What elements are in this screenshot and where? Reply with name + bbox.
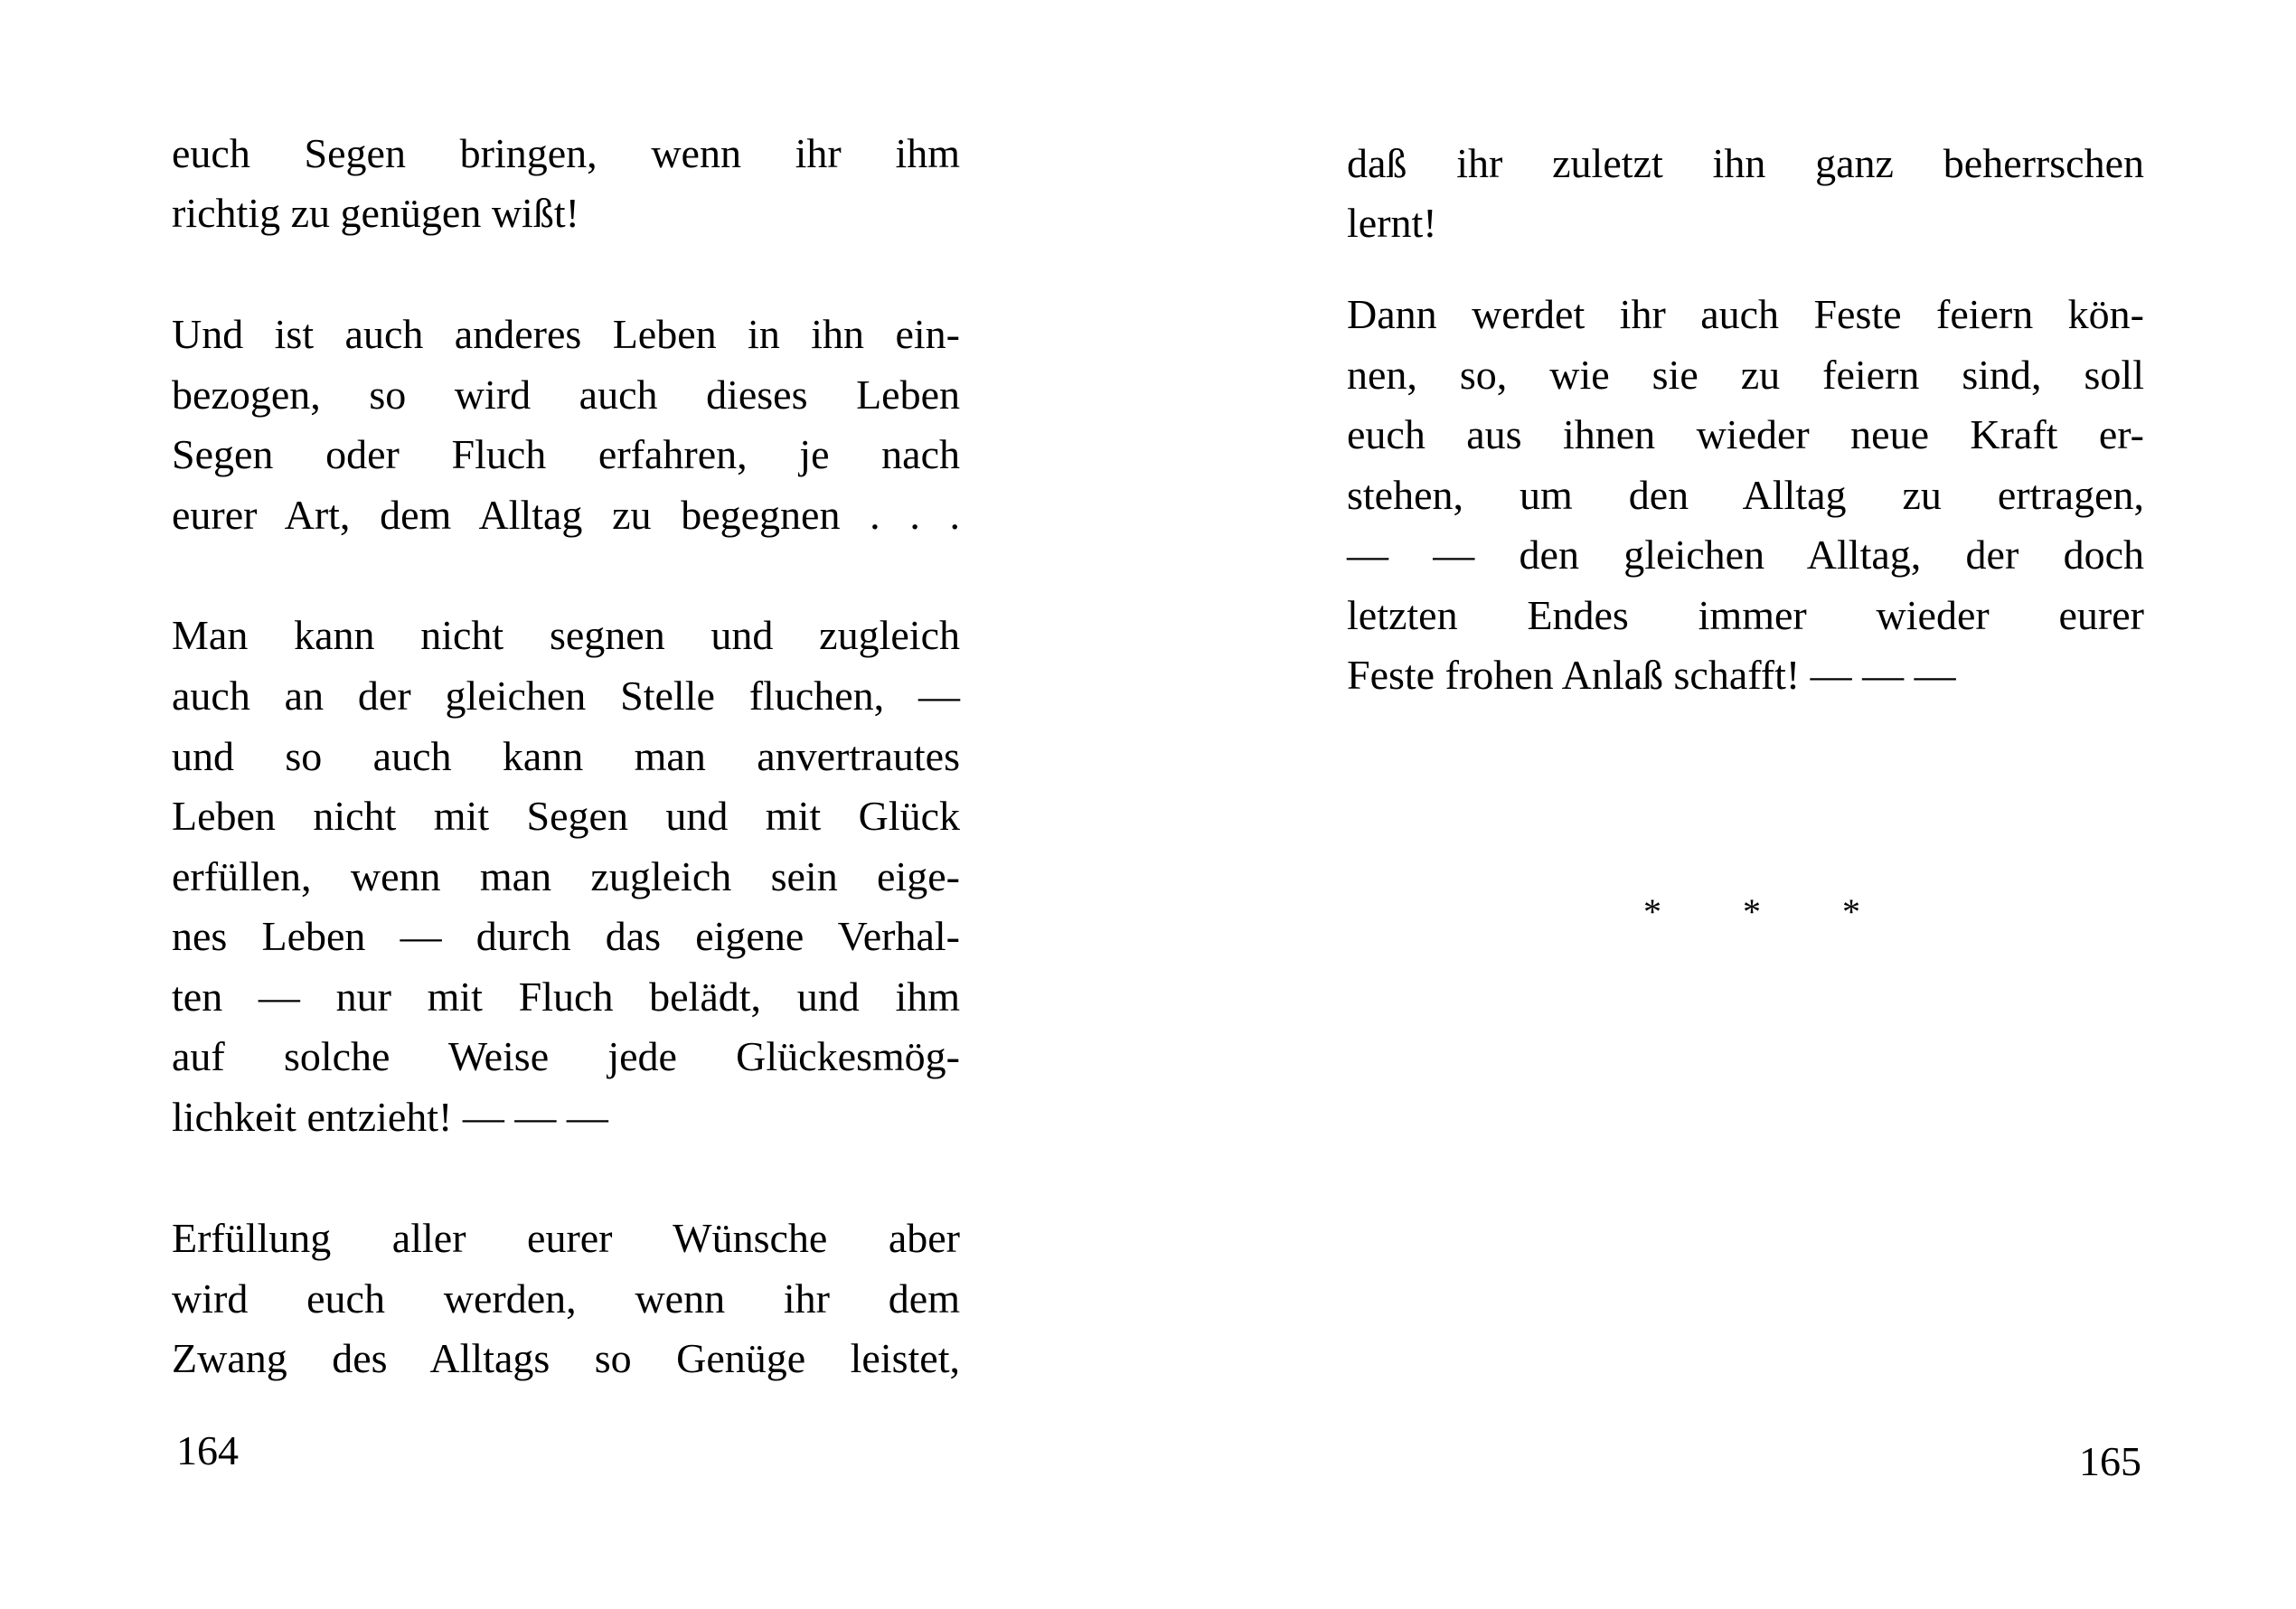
text-line: Man kann nicht segnen und zugleich xyxy=(172,605,960,665)
text-line: lernt! xyxy=(1347,193,2144,253)
text-line: nen, so, wie sie zu feiern sind, soll xyxy=(1347,344,2144,405)
text-line: letzten Endes immer wieder eurer xyxy=(1347,585,2144,645)
text-line: Und ist auch anderes Leben in ihn ein- xyxy=(172,304,960,364)
text-line: Segen oder Fluch erfahren, je nach xyxy=(172,424,960,485)
right-page: daß ihr zuletzt ihn ganz beherrschen ler… xyxy=(1148,0,2296,1609)
text-line: euch Segen bringen, wenn ihr ihm xyxy=(172,123,960,183)
text-line: auch an der gleichen Stelle fluchen, — xyxy=(172,665,960,726)
text-line: und so auch kann man anvertrautes xyxy=(172,726,960,786)
text-line: nes Leben — durch das eigene Verhal- xyxy=(172,906,960,966)
text-line: lichkeit entzieht! — — — xyxy=(172,1087,960,1147)
text-line: Dann werdet ihr auch Feste feiern kön- xyxy=(1347,284,2144,344)
text-line: eurer Art, dem Alltag zu begegnen . . . xyxy=(172,485,960,545)
asterisk-icon: * xyxy=(1743,890,1761,933)
text-line: richtig zu genügen wißt! xyxy=(172,183,960,243)
section-break: * * * xyxy=(1643,890,1860,933)
text-line: Zwang des Alltags so Genüge leistet, xyxy=(172,1328,960,1388)
text-line: bezogen, so wird auch dieses Leben xyxy=(172,364,960,425)
page-number: 164 xyxy=(176,1430,239,1472)
text-line: Feste frohen Anlaß schafft! — — — xyxy=(1347,645,2144,705)
text-line: ten — nur mit Fluch belädt, und ihm xyxy=(172,966,960,1027)
asterisk-icon: * xyxy=(1842,890,1860,933)
text-line: daß ihr zuletzt ihn ganz beherrschen xyxy=(1347,133,2144,193)
text-line: stehen, um den Alltag zu ertragen, xyxy=(1347,465,2144,525)
asterisk-icon: * xyxy=(1643,890,1661,933)
text-line: auf solche Weise jede Glückesmög- xyxy=(172,1026,960,1087)
text-line: euch aus ihnen wieder neue Kraft er- xyxy=(1347,404,2144,465)
text-line: Erfüllung aller eurer Wünsche aber xyxy=(172,1208,960,1268)
text-line: Leben nicht mit Segen und mit Glück xyxy=(172,786,960,846)
text-line: wird euch werden, wenn ihr dem xyxy=(172,1268,960,1329)
page-number: 165 xyxy=(2079,1441,2141,1482)
text-line: erfüllen, wenn man zugleich sein eige- xyxy=(172,846,960,907)
left-page: euch Segen bringen, wenn ihr ihm richtig… xyxy=(0,0,1148,1609)
text-line: — — den gleichen Alltag, der doch xyxy=(1347,524,2144,585)
